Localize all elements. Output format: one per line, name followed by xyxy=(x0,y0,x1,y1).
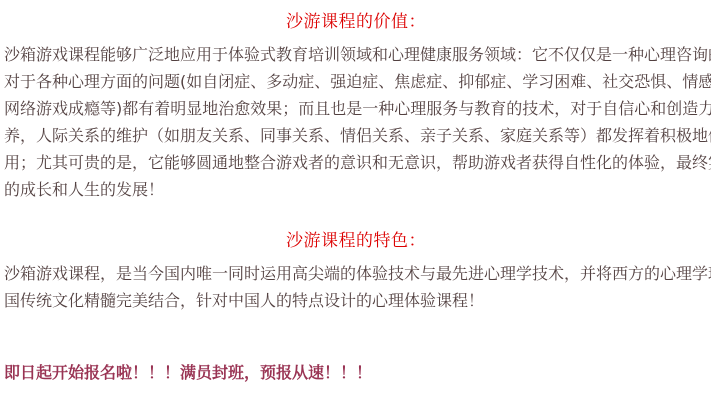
paragraph-line: 养，人际关系的维护（如朋友关系、同事关系、情侣关系、亲子关系、家庭关系等）都发挥… xyxy=(4,122,708,149)
section-heading-value: 沙游课程的价值： xyxy=(4,12,708,32)
section-heading-features: 沙游课程的特色： xyxy=(4,231,708,251)
paragraph-line: 沙箱游戏课程能够广泛地应用于体验式教育培训领域和心理健康服务领域：它不仅仅是一种… xyxy=(4,41,708,68)
paragraph-line: 网络游戏成瘾等)都有着明显地治愈效果；而且也是一种心理服务与教育的技术，对于自信… xyxy=(4,95,708,122)
paragraph-line: 沙箱游戏课程，是当今国内唯一同时运用高尖端的体验技术与最先进心理学技术，并将西方… xyxy=(4,260,708,287)
paragraph-line: 用；尤其可贵的是，它能够圆通地整合游戏者的意识和无意识，帮助游戏者获得自性化的体… xyxy=(4,149,708,176)
course-promo-page: 沙游课程的价值： 沙箱游戏课程能够广泛地应用于体验式教育培训领域和心理健康服务领… xyxy=(0,0,711,413)
paragraph-line: 国传统文化精髓完美结合，针对中国人的特点设计的心理体验课程！ xyxy=(4,287,708,314)
enrollment-announcement: 即日起开始报名啦！！！满员封班，预报从速！！！ xyxy=(4,363,708,383)
paragraph-line: 的成长和人生的发展！ xyxy=(4,176,708,203)
section-value-paragraph: 沙箱游戏课程能够广泛地应用于体验式教育培训领域和心理健康服务领域：它不仅仅是一种… xyxy=(4,41,708,203)
section-features-paragraph: 沙箱游戏课程，是当今国内唯一同时运用高尖端的体验技术与最先进心理学技术，并将西方… xyxy=(4,260,708,314)
paragraph-line: 对于各种心理方面的问题(如自闭症、多动症、强迫症、焦虑症、抑郁症、学习困难、社交… xyxy=(4,68,708,95)
